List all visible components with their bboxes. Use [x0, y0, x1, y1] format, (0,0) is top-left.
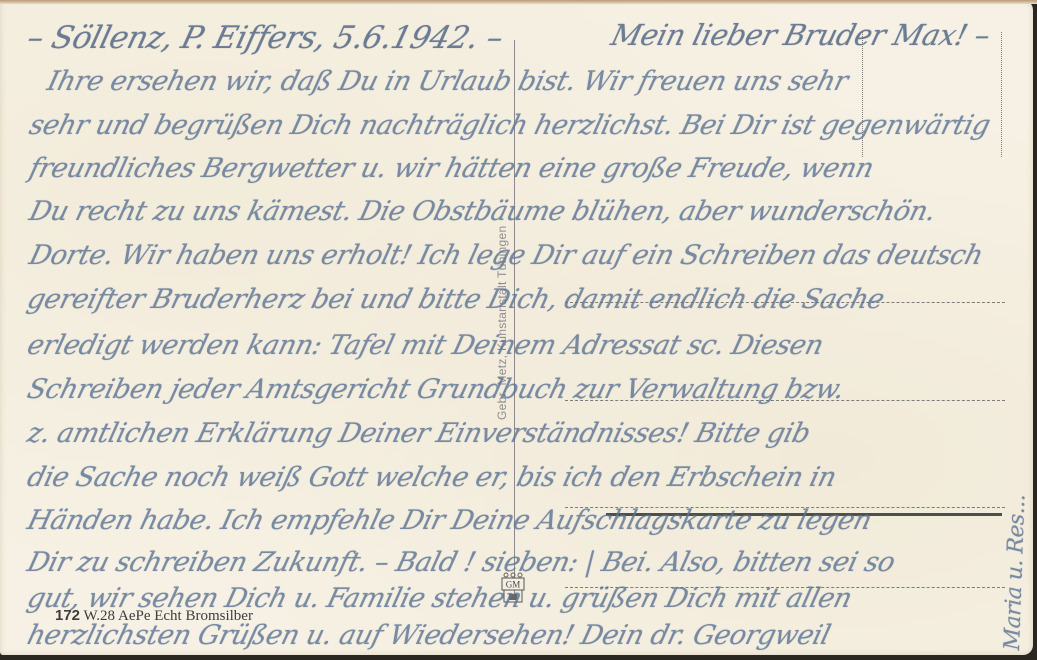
postcard: Gebr. Metz, Kunstanstalt Tübingen GM 172… [0, 0, 1033, 655]
handwritten-line: die Sache noch weiß Gott welche er, bis … [24, 462, 839, 493]
handwritten-line: herzlichsten Grüßen u. auf Wiedersehen! … [24, 620, 833, 651]
handwritten-line: freundliches Bergwetter u. wir hätten ei… [26, 153, 876, 184]
handwritten-margin-note: Maria u. Res... [1000, 494, 1030, 651]
handwritten-line: Ihre ersehen wir, daß Du in Urlaub bist.… [44, 66, 851, 97]
handwritten-line: Dir zu schreiben Zukunft. – Bald ! siebe… [24, 547, 898, 578]
handwritten-line: Händen habe. Ich empfehle Dir Deine Aufs… [24, 505, 874, 536]
handwritten-salutation: Mein lieber Bruder Max! – [608, 18, 994, 52]
stamp-box-right-edge [1001, 32, 1002, 157]
handwritten-place-date: – Söllenz, P. Eiffers, 5.6.1942. – [24, 20, 507, 56]
handwritten-line: gereifter Bruderherz bei und bitte Dich,… [24, 284, 887, 315]
handwritten-line: erledigt werden kann: Tafel mit Deinem A… [24, 330, 826, 361]
handwritten-line: Dorte. Wir haben uns erholt! Ich lege Di… [26, 240, 986, 271]
handwritten-line: z. amtlichen Erklärung Deiner Einverstän… [24, 418, 813, 449]
handwritten-line: sehr und begrüßen Dich nachträglich herz… [26, 110, 993, 141]
card-top-edge [0, 0, 1037, 4]
handwritten-line: Du recht zu uns kämest. Die Obstbäume bl… [26, 196, 939, 227]
handwritten-line: gut, wir sehen Dich u. Familie stehen u.… [24, 583, 855, 614]
handwritten-line: Schreiben jeder Amtsgericht Grundbuch zu… [24, 374, 847, 405]
